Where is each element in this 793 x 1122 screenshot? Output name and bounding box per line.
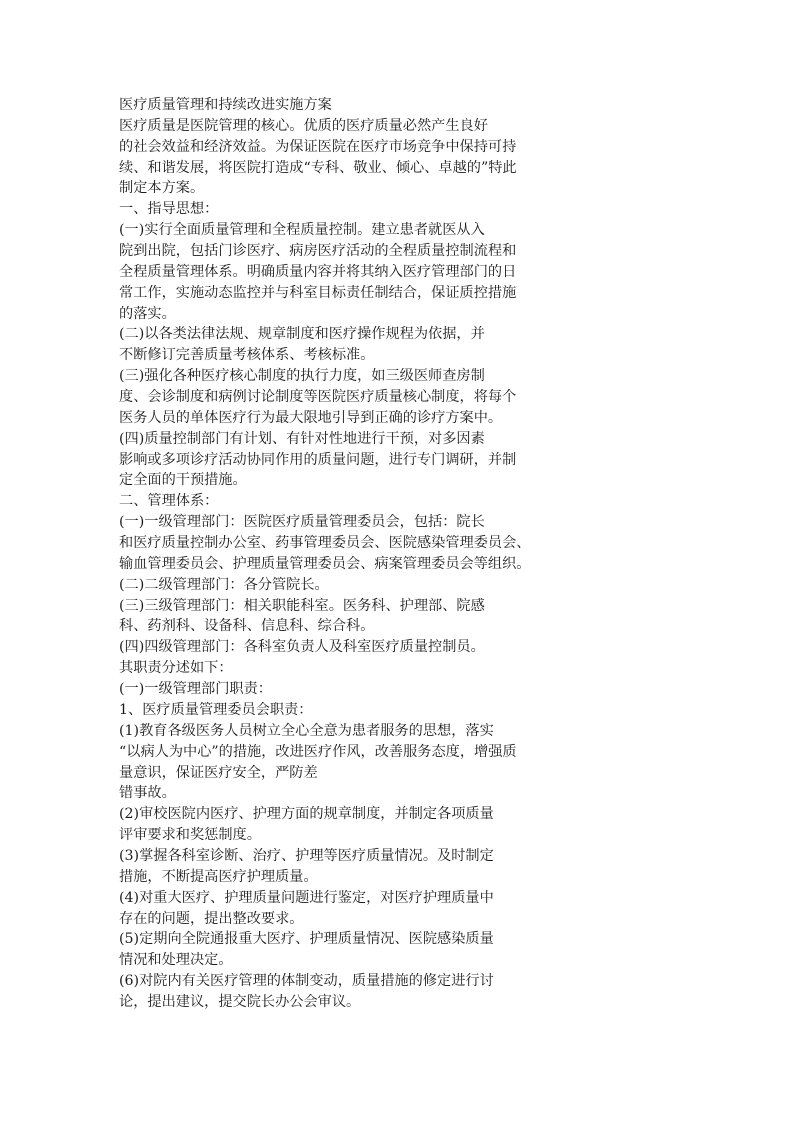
paragraph-line: 制定本方案。 (119, 178, 539, 199)
paragraph-line: 度、会诊制度和病例讨论制度等医院医疗质量核心制度，将每个 (119, 387, 539, 408)
paragraph-line: 论，提出建议，提交院长办公会审议。 (119, 992, 539, 1013)
paragraph-line: 定全面的干预措施。 (119, 470, 539, 491)
paragraph-line: (2)审校医院内医疗、护理方面的规章制度，并制定各项质量 (119, 804, 539, 825)
paragraph-line: (6)对院内有关医疗管理的体制变动，质量措施的修定进行讨 (119, 971, 539, 992)
paragraph-line: (4)对重大医疗、护理质量问题进行鉴定，对医疗护理质量中 (119, 888, 539, 909)
paragraph-line: 量意识，保证医疗安全，严防差 (119, 763, 539, 784)
paragraph-line: 的社会效益和经济效益。为保证医院在医疗市场竞争中保持可持 (119, 137, 539, 158)
paragraph-line: 全程质量管理体系。明确质量内容并将其纳入医疗管理部门的日 (119, 262, 539, 283)
paragraph-line: (二)二级管理部门：各分管院长。 (119, 575, 539, 596)
paragraph-line: (三)强化各种医疗核心制度的执行力度，如三级医师查房制 (119, 366, 539, 387)
paragraph-line: 情况和处理决定。 (119, 950, 539, 971)
paragraph-line: (一)一级管理部门职责： (119, 679, 539, 700)
paragraph-line: 常工作，实施动态监控并与科室目标责任制结合，保证质控措施 (119, 283, 539, 304)
paragraph-line: 医务人员的单体医疗行为最大限地引导到正确的诊疗方案中。 (119, 408, 539, 429)
paragraph-line: 错事故。 (119, 783, 539, 804)
document-title: 医疗质量管理和持续改进实施方案 (119, 95, 539, 116)
paragraph-line: (二)以各类法律法规、规章制度和医疗操作规程为依据，并 (119, 324, 539, 345)
paragraph-line: 一、指导思想： (119, 199, 539, 220)
paragraph-line: 医疗质量是医院管理的核心。优质的医疗质量必然产生良好 (119, 116, 539, 137)
paragraph-line: (三)三级管理部门：相关职能科室。医务科、护理部、院感 (119, 596, 539, 617)
paragraph-line: (5)定期向全院通报重大医疗、护理质量情况、医院感染质量 (119, 929, 539, 950)
paragraph-line: 和医疗质量控制办公室、药事管理委员会、医院感染管理委员会、 (119, 533, 539, 554)
paragraph-line: 不断修订完善质量考核体系、考核标准。 (119, 345, 539, 366)
paragraph-line: 的落实。 (119, 304, 539, 325)
paragraph-line: 影响或多项诊疗活动协同作用的质量问题，进行专门调研，并制 (119, 450, 539, 471)
paragraph-line: (四)四级管理部门：各科室负责人及科室医疗质量控制员。 (119, 637, 539, 658)
document-body: 医疗质量是医院管理的核心。优质的医疗质量必然产生良好的社会效益和经济效益。为保证… (119, 116, 539, 1013)
document-page: 医疗质量管理和持续改进实施方案 医疗质量是医院管理的核心。优质的医疗质量必然产生… (119, 95, 539, 1013)
paragraph-line: (3)掌握各科室诊断、治疗、护理等医疗质量情况。及时制定 (119, 846, 539, 867)
paragraph-line: (四)质量控制部门有计划、有针对性地进行干预，对多因素 (119, 429, 539, 450)
paragraph-line: “以病人为中心”的措施，改进医疗作风，改善服务态度，增强质 (119, 742, 539, 763)
paragraph-line: 措施，不断提高医疗护理质量。 (119, 867, 539, 888)
paragraph-line: 其职责分述如下： (119, 658, 539, 679)
paragraph-line: 输血管理委员会、护理质量管理委员会、病案管理委员会等组织。 (119, 554, 539, 575)
paragraph-line: (一)一级管理部门：医院医疗质量管理委员会，包括：院长 (119, 512, 539, 533)
paragraph-line: (1)教育各级医务人员树立全心全意为患者服务的思想，落实 (119, 721, 539, 742)
paragraph-line: 科、药剂科、设备科、信息科、综合科。 (119, 616, 539, 637)
paragraph-line: (一)实行全面质量管理和全程质量控制。建立患者就医从入 (119, 220, 539, 241)
paragraph-line: 续、和谐发展，将医院打造成“专科、敬业、倾心、卓越的”特此 (119, 158, 539, 179)
paragraph-line: 二、管理体系： (119, 491, 539, 512)
paragraph-line: 存在的问题，提出整改要求。 (119, 909, 539, 930)
paragraph-line: 院到出院，包括门诊医疗、病房医疗活动的全程质量控制流程和 (119, 241, 539, 262)
paragraph-line: 1、医疗质量管理委员会职责： (119, 700, 539, 721)
paragraph-line: 评审要求和奖惩制度。 (119, 825, 539, 846)
